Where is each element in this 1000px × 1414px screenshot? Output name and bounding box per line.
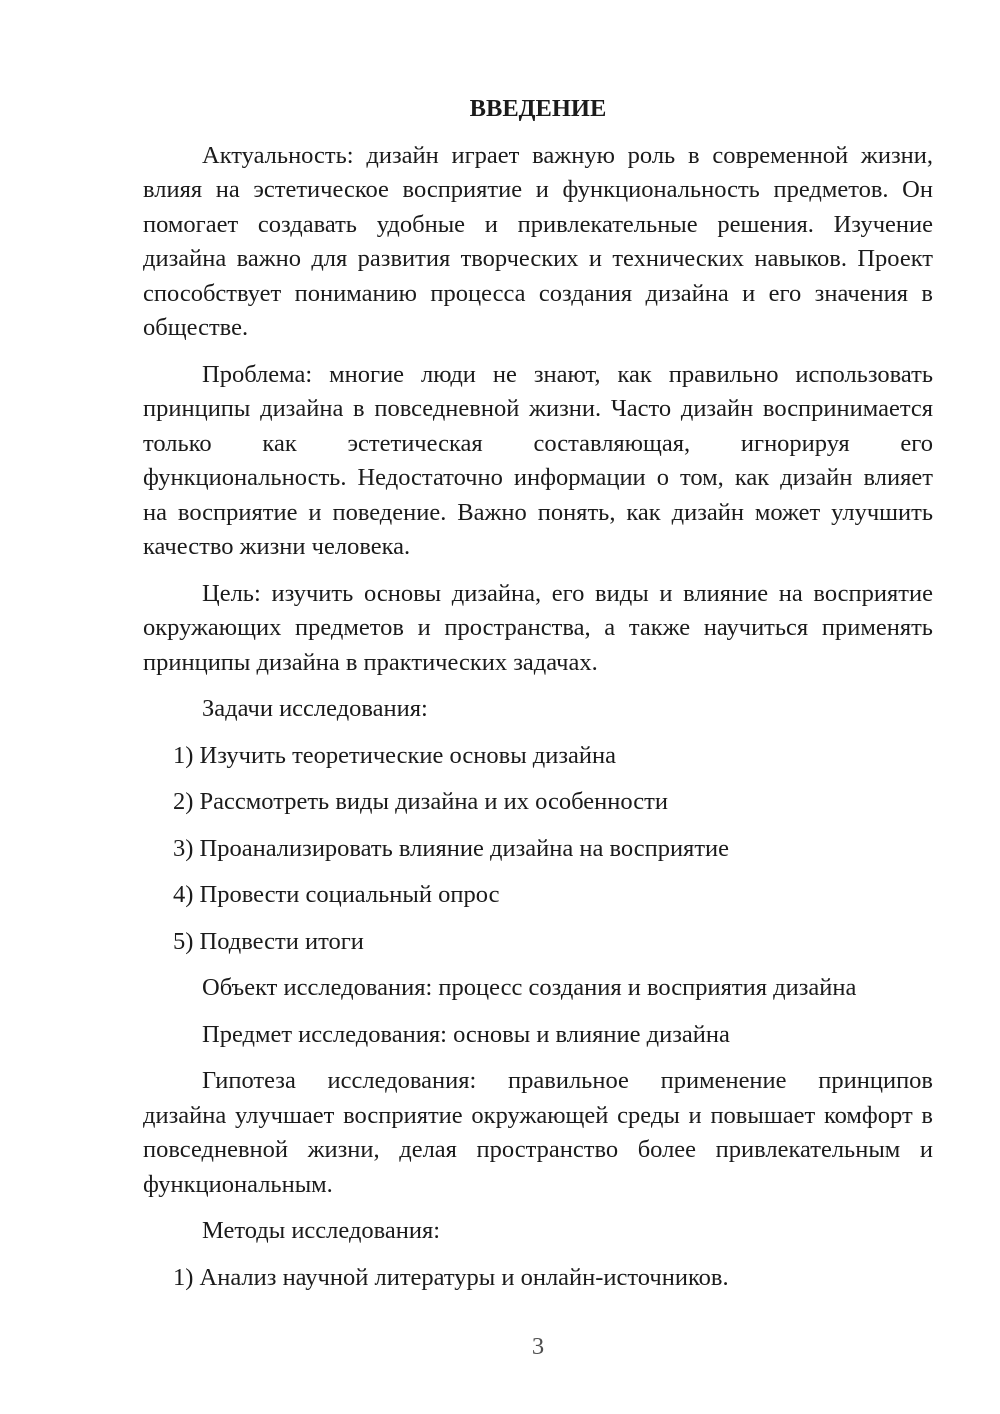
paragraph: Методы исследования: [143,1214,933,1249]
paragraph: Цель: изучить основы дизайна, его виды и… [143,577,933,681]
text-line: помогает создавать удобные и привлекател… [143,208,933,243]
document-body: Актуальность: дизайн играет важную роль … [143,139,933,1296]
paragraph: Объект исследования: процесс создания и … [143,971,933,1006]
text-line: окружающих предметов и пространства, а т… [143,611,933,646]
list-item: 2) Рассмотреть виды дизайна и их особенн… [143,785,933,820]
text-line: Задачи исследования: [143,692,933,727]
list-item: 5) Подвести итоги [143,925,933,960]
document-page: ВВЕДЕНИЕ Актуальность: дизайн играет важ… [0,0,1000,1414]
text-line: на восприятие и поведение. Важно понять,… [143,496,933,531]
list-item: 1) Анализ научной литературы и онлайн-ис… [143,1261,933,1296]
page-number: 3 [143,1330,933,1365]
text-line: 1) Анализ научной литературы и онлайн-ис… [173,1261,933,1296]
text-line: Методы исследования: [143,1214,933,1249]
text-line: только как эстетическая составляющая, иг… [143,427,933,462]
page-title: ВВЕДЕНИЕ [143,92,933,127]
list-item: 4) Провести социальный опрос [143,878,933,913]
paragraph: Актуальность: дизайн играет важную роль … [143,139,933,346]
text-line: способствует пониманию процесса создания… [143,277,933,312]
text-line: принципы дизайна в практических задачах. [143,646,933,681]
paragraph: Проблема: многие люди не знают, как прав… [143,358,933,565]
document-content: ВВЕДЕНИЕ Актуальность: дизайн играет важ… [143,92,933,1295]
text-line: Предмет исследования: основы и влияние д… [143,1018,933,1053]
text-line: Проблема: многие люди не знают, как прав… [143,358,933,393]
text-line: дизайна улучшает восприятие окружающей с… [143,1099,933,1134]
text-line: влияя на эстетическое восприятие и функц… [143,173,933,208]
text-line: повседневной жизни, делая пространство б… [143,1133,933,1168]
text-line: качество жизни человека. [143,530,933,565]
text-line: дизайна важно для развития творческих и … [143,242,933,277]
paragraph: Предмет исследования: основы и влияние д… [143,1018,933,1053]
text-line: принципы дизайна в повседневной жизни. Ч… [143,392,933,427]
text-line: Актуальность: дизайн играет важную роль … [143,139,933,174]
text-line: Цель: изучить основы дизайна, его виды и… [143,577,933,612]
text-line: 2) Рассмотреть виды дизайна и их особенн… [173,785,933,820]
text-line: функциональным. [143,1168,933,1203]
text-line: 4) Провести социальный опрос [173,878,933,913]
text-line: функциональность. Недостаточно информаци… [143,461,933,496]
text-line: Гипотеза исследования: правильное примен… [143,1064,933,1099]
paragraph: Задачи исследования: [143,692,933,727]
paragraph: Гипотеза исследования: правильное примен… [143,1064,933,1202]
text-line: обществе. [143,311,933,346]
text-line: 3) Проанализировать влияние дизайна на в… [173,832,933,867]
text-line: Объект исследования: процесс создания и … [143,971,933,1006]
text-line: 1) Изучить теоретические основы дизайна [173,739,933,774]
list-item: 3) Проанализировать влияние дизайна на в… [143,832,933,867]
list-item: 1) Изучить теоретические основы дизайна [143,739,933,774]
text-line: 5) Подвести итоги [173,925,933,960]
